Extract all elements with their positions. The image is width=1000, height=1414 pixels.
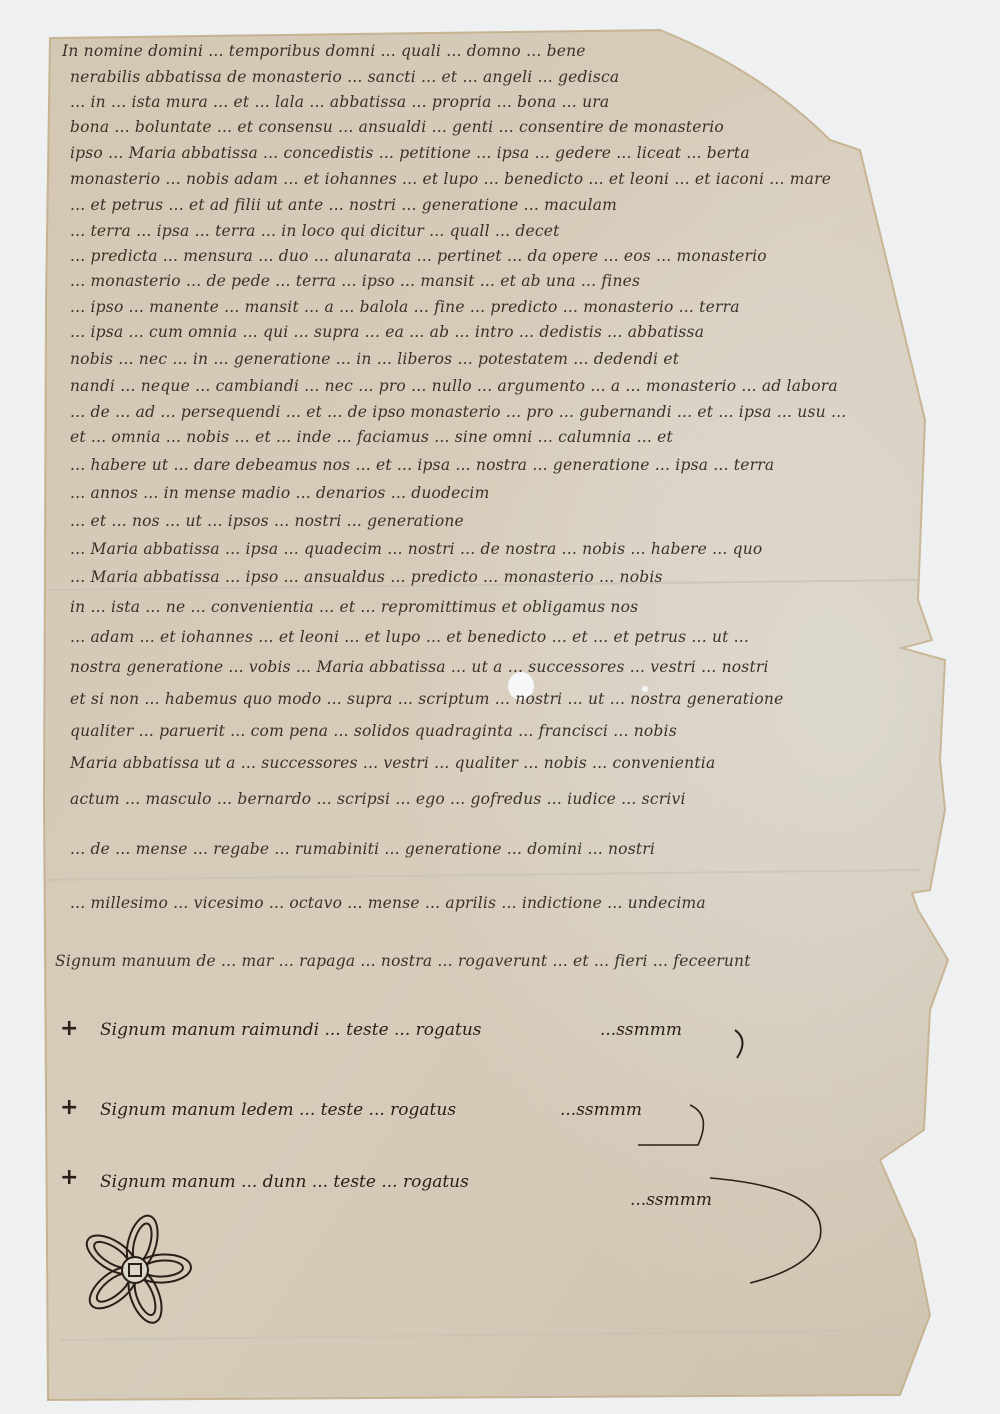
text-line: nandi ... neque ... cambiandi ... nec ..… <box>70 377 838 395</box>
text-line: nerabilis abbatissa de monasterio ... sa… <box>70 68 619 86</box>
text-line: ... et ... nos ... ut ... ipsos ... nost… <box>70 512 464 530</box>
witness-signature-1: Signum manum raimundi ... teste ... roga… <box>100 1020 482 1040</box>
text-line: ... ipsa ... cum omnia ... qui ... supra… <box>70 323 704 341</box>
signature-flourish-2: ...ssmmm <box>560 1100 642 1120</box>
text-line: Signum manuum de ... mar ... rapaga ... … <box>55 952 751 970</box>
text-line: ... annos ... in mense madio ... denario… <box>70 484 489 502</box>
text-line: in ... ista ... ne ... convenientia ... … <box>70 598 638 616</box>
text-line: et ... omnia ... nobis ... et ... inde .… <box>70 428 673 446</box>
text-line: et si non ... habemus quo modo ... supra… <box>70 690 783 708</box>
text-line: ... in ... ista mura ... et ... lala ...… <box>70 93 609 111</box>
signature-flourish-3: ...ssmmm <box>630 1190 712 1210</box>
text-line: ... Maria abbatissa ... ipso ... ansuald… <box>70 568 663 586</box>
signature-flourish-1: ...ssmmm <box>600 1020 682 1040</box>
text-line: nostra generatione ... vobis ... Maria a… <box>70 658 769 676</box>
text-line: ... terra ... ipsa ... terra ... in loco… <box>70 222 560 240</box>
cross-icon: + <box>60 1095 78 1120</box>
text-line: qualiter ... paruerit ... com pena ... s… <box>70 722 677 740</box>
text-line: ... habere ut ... dare debeamus nos ... … <box>70 456 774 474</box>
text-line: ... de ... mense ... regabe ... rumabini… <box>70 840 655 858</box>
text-line: ... et petrus ... et ad filii ut ante ..… <box>70 196 617 214</box>
text-line: nobis ... nec ... in ... generatione ...… <box>70 350 679 368</box>
text-line: ... de ... ad ... persequendi ... et ...… <box>70 403 846 421</box>
text-line: actum ... masculo ... bernardo ... scrip… <box>70 790 686 808</box>
text-line: ... millesimo ... vicesimo ... octavo ..… <box>70 894 706 912</box>
text-line: ... monasterio ... de pede ... terra ...… <box>70 272 640 290</box>
cross-icon: + <box>60 1016 78 1041</box>
text-line: ... Maria abbatissa ... ipsa ... quadeci… <box>70 540 762 558</box>
text-line: ... ipso ... manente ... mansit ... a ..… <box>70 298 740 316</box>
text-line: monasterio ... nobis adam ... et iohanne… <box>70 170 831 188</box>
cross-icon: + <box>60 1165 78 1190</box>
text-line: Maria abbatissa ut a ... successores ...… <box>70 754 715 772</box>
text-line: In nomine domini ... temporibus domni ..… <box>62 42 586 60</box>
charter-text-block: In nomine domini ... temporibus domni ..… <box>0 0 1000 1414</box>
text-line: ... adam ... et iohannes ... et leoni ..… <box>70 628 749 646</box>
text-line: bona ... boluntate ... et consensu ... a… <box>70 118 724 136</box>
witness-signature-3: Signum manum ... dunn ... teste ... roga… <box>100 1172 469 1192</box>
text-line: ipso ... Maria abbatissa ... concedistis… <box>70 144 750 162</box>
text-line: ... predicta ... mensura ... duo ... alu… <box>70 247 767 265</box>
witness-signature-2: Signum manum ledem ... teste ... rogatus <box>100 1100 456 1120</box>
